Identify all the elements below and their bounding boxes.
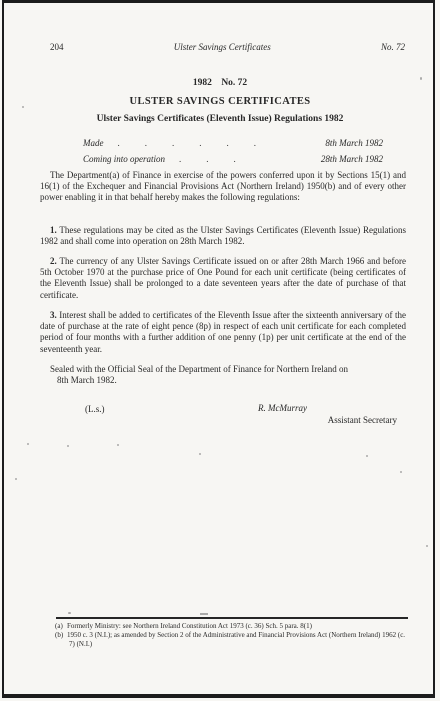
- scan-speck: [27, 443, 29, 445]
- footnote-a-marker: (a): [55, 622, 67, 631]
- scanned-document-page: { "running_header": { "page_number": "20…: [0, 0, 440, 701]
- scan-speck: [68, 612, 71, 614]
- made-row: Made ...... 8th March 1982: [83, 138, 383, 154]
- scan-speck: [426, 545, 428, 547]
- coming-into-operation-label: Coming into operation: [83, 154, 165, 164]
- running-header-ref: No. 72: [381, 42, 405, 52]
- regulation-2: 2. The currency of any Ulster Savings Ce…: [40, 256, 406, 301]
- regulation-3-number: 3.: [50, 310, 57, 320]
- made-coming-block: Made ...... 8th March 1982 Coming into o…: [83, 138, 383, 170]
- preamble-paragraph: The Department(a) of Finance in exercise…: [40, 170, 406, 204]
- footnote-b: (b)1950 c. 3 (N.I.); as amended by Secti…: [55, 631, 411, 649]
- regulation-1-text: These regulations may be cited as the Ul…: [40, 225, 406, 246]
- scan-speck: [22, 106, 24, 108]
- heading-series: ULSTER SAVINGS CERTIFICATES: [0, 96, 440, 107]
- scan-speck: [420, 77, 422, 80]
- regulation-2-text: The currency of any Ulster Savings Certi…: [40, 256, 406, 300]
- scan-speck: [199, 453, 201, 455]
- made-dot-leader: ......: [118, 138, 282, 148]
- coming-dot-leader: ...: [179, 154, 261, 164]
- seal-mark: (L.s.): [85, 404, 105, 414]
- regulation-1-number: 1.: [50, 225, 57, 235]
- made-label: Made: [83, 138, 104, 148]
- footnote-a-text: Formerly Ministry: see Northern Ireland …: [67, 622, 312, 630]
- scan-speck: [366, 455, 368, 457]
- scan-speck: [67, 445, 69, 447]
- sealing-clause: Sealed with the Official Seal of the Dep…: [40, 364, 406, 386]
- scan-speck: [200, 613, 208, 615]
- regulation-2-number: 2.: [50, 256, 57, 266]
- sealing-clause-line1: Sealed with the Official Seal of the Dep…: [40, 364, 406, 375]
- footnote-a: (a)Formerly Ministry: see Northern Irela…: [55, 622, 411, 631]
- sealing-clause-line2: 8th March 1982.: [40, 375, 406, 386]
- document-page: 204 Ulster Savings Certificates No. 72 1…: [0, 0, 440, 701]
- footnote-b-marker: (b): [55, 631, 67, 640]
- footnote-b-text: 1950 c. 3 (N.I.); as amended by Section …: [67, 631, 405, 648]
- heading-title: Ulster Savings Certificates (Eleventh Is…: [0, 114, 440, 124]
- signatory-title: Assistant Secretary: [0, 415, 397, 425]
- running-header: 204 Ulster Savings Certificates No. 72: [50, 42, 405, 52]
- scan-speck: [15, 478, 17, 480]
- coming-into-operation-date: 28th March 1982: [321, 154, 383, 164]
- running-header-title: Ulster Savings Certificates: [174, 42, 271, 52]
- signatory-name: R. McMurray: [258, 403, 307, 413]
- regulation-3: 3. Interest shall be added to certificat…: [40, 310, 406, 355]
- coming-into-operation-row: Coming into operation ... 28th March 198…: [83, 154, 383, 170]
- scan-speck: [117, 444, 119, 446]
- regulation-3-text: Interest shall be added to certificates …: [40, 310, 406, 354]
- heading-year-number: 1982 No. 72: [0, 78, 440, 88]
- made-date: 8th March 1982: [325, 138, 383, 148]
- scan-speck: [400, 471, 402, 473]
- page-number: 204: [50, 42, 64, 52]
- footnote-divider: [56, 617, 408, 619]
- footnotes: (a)Formerly Ministry: see Northern Irela…: [55, 622, 411, 649]
- regulation-1: 1. These regulations may be cited as the…: [40, 225, 406, 247]
